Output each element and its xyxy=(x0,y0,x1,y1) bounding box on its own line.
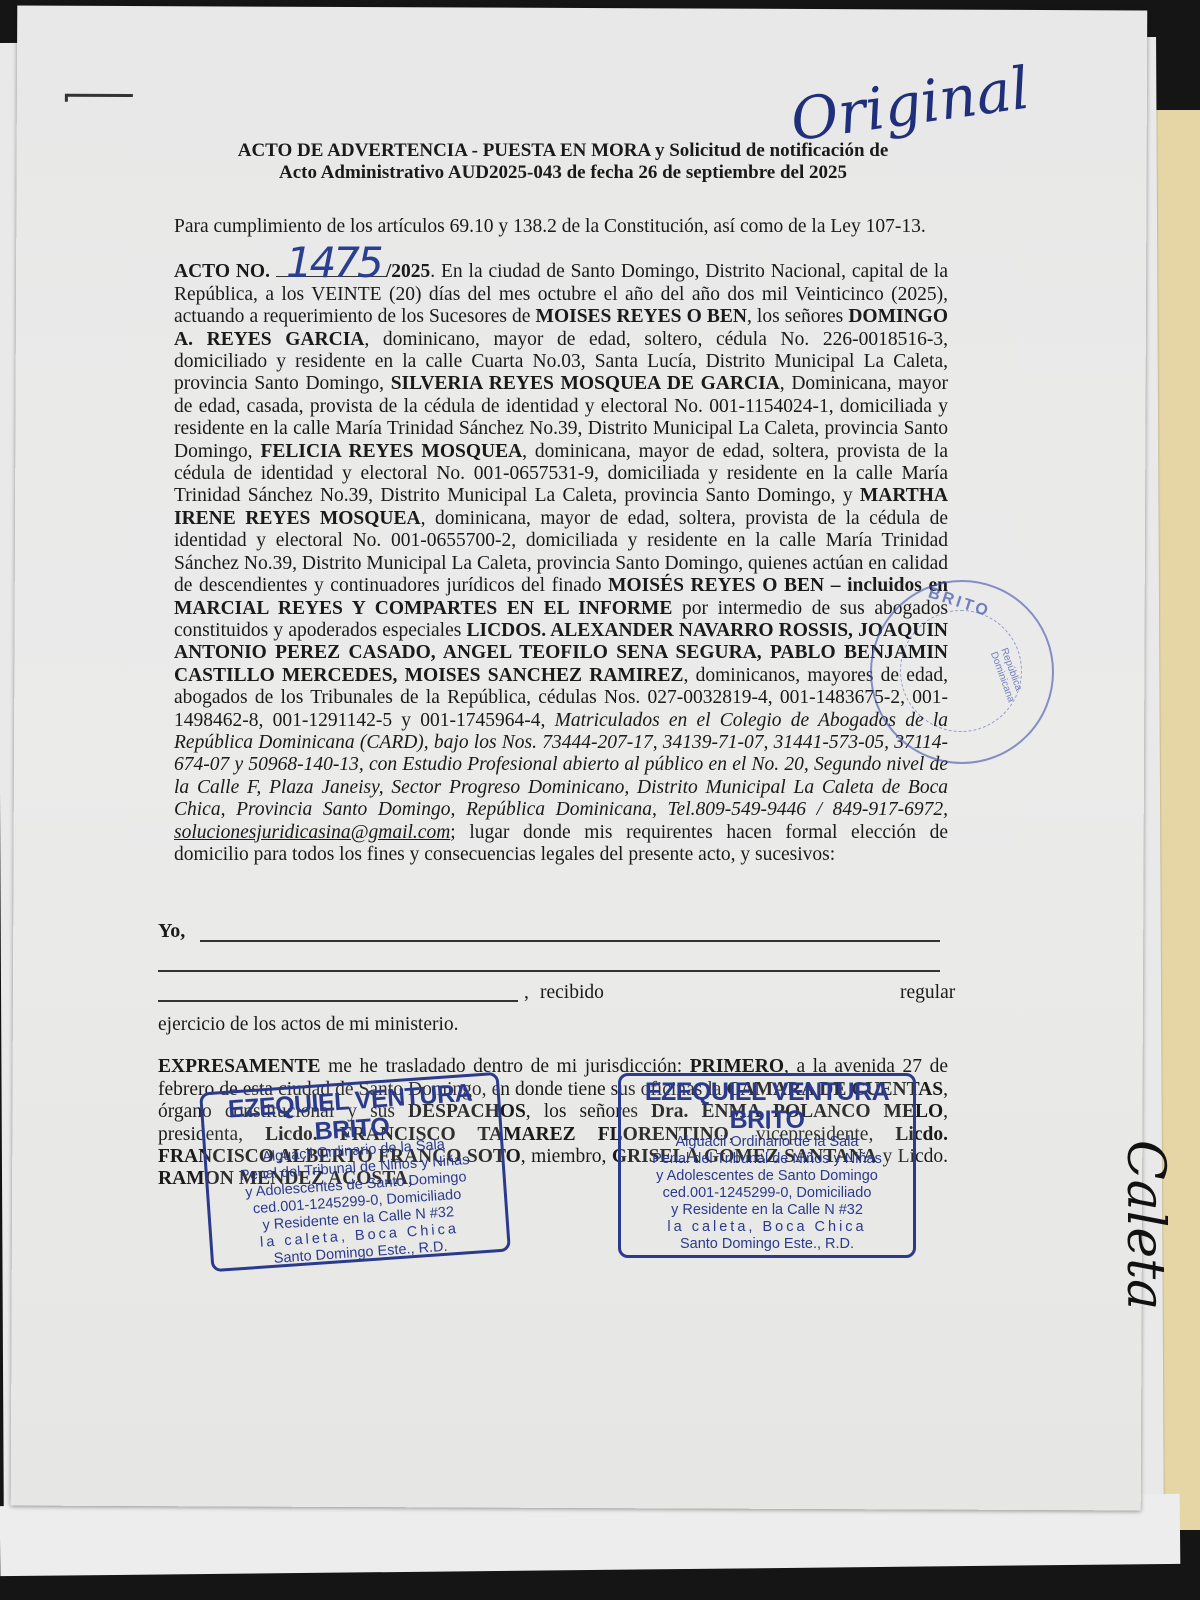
bailiff-stamp-left: EZEQUIEL VENTURA BRITO Alguacil Ordinari… xyxy=(199,1072,511,1272)
intro-paragraph: Para cumplimiento de los artículos 69.10… xyxy=(174,216,948,238)
corner-mark xyxy=(67,94,133,101)
document-title: ACTO DE ADVERTENCIA - PUESTA EN MORA y S… xyxy=(178,140,948,184)
email-link[interactable]: solucionesjuridicasina@gmail.com xyxy=(174,822,450,843)
document-body: ACTO DE ADVERTENCIA - PUESTA EN MORA y S… xyxy=(158,140,948,1191)
bailiff-section: Yo, , recibido regular ejercicio de los … xyxy=(158,878,948,1028)
acto-number-field: 1475 xyxy=(276,258,386,277)
bailiff-stamp-right: EZEQUIEL VENTURA BRITO Alguacil Ordinari… xyxy=(618,1073,916,1258)
handwritten-caleta: Caleta xyxy=(1115,1140,1175,1310)
acto-paragraph: ACTO NO. 1475/2025. En la ciudad de Sant… xyxy=(174,258,948,866)
official-round-seal: BRITO República Dominicana xyxy=(870,580,1054,764)
